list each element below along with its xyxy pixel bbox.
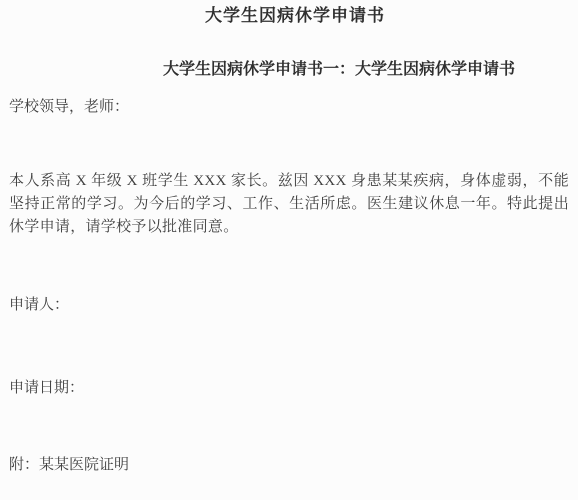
date-label: 申请日期：	[9, 378, 569, 399]
document-title: 大学生因病休学申请书	[9, 5, 569, 27]
body-paragraph: 本人系高 X 年级 X 班学生 XXX 家长。兹因 XXX 身患某某疾病，身体虚…	[9, 170, 569, 239]
document-page: 大学生因病休学申请书 大学生因病休学申请书一：大学生因病休学申请书 学校领导，老…	[0, 5, 578, 500]
attachment-note: 附：某某医院证明	[9, 455, 569, 476]
document-subtitle: 大学生因病休学申请书一：大学生因病休学申请书	[9, 59, 569, 80]
salutation: 学校领导，老师：	[9, 97, 569, 118]
applicant-label: 申请人：	[9, 295, 569, 316]
